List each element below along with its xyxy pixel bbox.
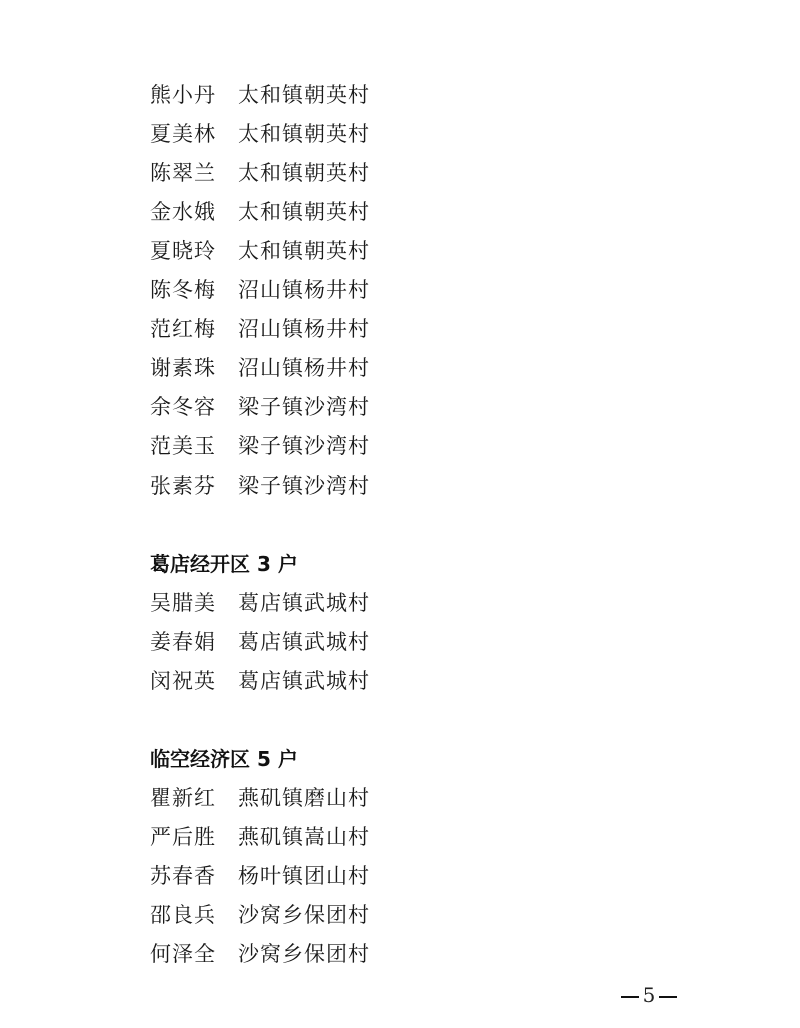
village-name: 燕矶镇嵩山村 xyxy=(238,822,370,852)
list-item: 金水娥太和镇朝英村 xyxy=(150,197,370,227)
list-item: 熊小丹太和镇朝英村 xyxy=(150,80,370,110)
list-item: 余冬容梁子镇沙湾村 xyxy=(150,392,370,422)
person-name: 熊小丹 xyxy=(150,80,238,110)
village-name: 梁子镇沙湾村 xyxy=(238,392,370,422)
village-name: 燕矶镇磨山村 xyxy=(238,783,370,813)
list-item: 范美玉梁子镇沙湾村 xyxy=(150,431,370,461)
village-name: 太和镇朝英村 xyxy=(238,236,370,266)
person-name: 谢素珠 xyxy=(150,353,238,383)
list-item: 夏晓玲太和镇朝英村 xyxy=(150,236,370,266)
person-name: 余冬容 xyxy=(150,392,238,422)
dash-right xyxy=(659,996,677,998)
person-name: 严后胜 xyxy=(150,822,238,852)
village-name: 沼山镇杨井村 xyxy=(238,275,370,305)
person-name: 姜春娟 xyxy=(150,627,238,657)
village-name: 梁子镇沙湾村 xyxy=(238,471,370,501)
person-name: 夏晓玲 xyxy=(150,236,238,266)
village-name: 梁子镇沙湾村 xyxy=(238,431,370,461)
person-name: 吴腊美 xyxy=(150,588,238,618)
person-name: 张素芬 xyxy=(150,471,238,501)
list-item: 邵良兵沙窝乡保团村 xyxy=(150,900,370,930)
person-name: 陈翠兰 xyxy=(150,158,238,188)
list-item: 何泽全沙窝乡保团村 xyxy=(150,939,370,969)
village-name: 葛店镇武城村 xyxy=(238,666,370,696)
village-name: 太和镇朝英村 xyxy=(238,197,370,227)
village-name: 杨叶镇团山村 xyxy=(238,861,370,891)
list-item: 陈翠兰太和镇朝英村 xyxy=(150,158,370,188)
village-name: 太和镇朝英村 xyxy=(238,80,370,110)
document-page: 熊小丹太和镇朝英村 夏美林太和镇朝英村 陈翠兰太和镇朝英村 金水娥太和镇朝英村 … xyxy=(0,0,800,1028)
person-name: 邵良兵 xyxy=(150,900,238,930)
list-item: 姜春娟葛店镇武城村 xyxy=(150,627,370,657)
list-item: 吴腊美葛店镇武城村 xyxy=(150,588,370,618)
page-number: 5 xyxy=(614,982,684,1008)
dash-left xyxy=(621,996,639,998)
village-name: 太和镇朝英村 xyxy=(238,119,370,149)
page-number-value: 5 xyxy=(643,983,656,1007)
person-name: 瞿新红 xyxy=(150,783,238,813)
list-item: 张素芬梁子镇沙湾村 xyxy=(150,471,370,501)
section-heading-linkong: 临空经济区 5 户 xyxy=(150,744,298,774)
person-name: 范红梅 xyxy=(150,314,238,344)
list-item: 闵祝英葛店镇武城村 xyxy=(150,666,370,696)
person-name: 金水娥 xyxy=(150,197,238,227)
list-item: 陈冬梅沼山镇杨井村 xyxy=(150,275,370,305)
person-name: 夏美林 xyxy=(150,119,238,149)
village-name: 葛店镇武城村 xyxy=(238,627,370,657)
person-name: 陈冬梅 xyxy=(150,275,238,305)
village-name: 沼山镇杨井村 xyxy=(238,353,370,383)
village-name: 沙窝乡保团村 xyxy=(238,939,370,969)
list-item: 严后胜燕矶镇嵩山村 xyxy=(150,822,370,852)
list-item: 苏春香杨叶镇团山村 xyxy=(150,861,370,891)
person-name: 苏春香 xyxy=(150,861,238,891)
village-name: 沙窝乡保团村 xyxy=(238,900,370,930)
list-item: 范红梅沼山镇杨井村 xyxy=(150,314,370,344)
person-name: 何泽全 xyxy=(150,939,238,969)
person-name: 闵祝英 xyxy=(150,666,238,696)
section-heading-gedian: 葛店经开区 3 户 xyxy=(150,549,298,579)
village-name: 葛店镇武城村 xyxy=(238,588,370,618)
person-name: 范美玉 xyxy=(150,431,238,461)
list-item: 谢素珠沼山镇杨井村 xyxy=(150,353,370,383)
village-name: 沼山镇杨井村 xyxy=(238,314,370,344)
list-item: 夏美林太和镇朝英村 xyxy=(150,119,370,149)
list-item: 瞿新红燕矶镇磨山村 xyxy=(150,783,370,813)
village-name: 太和镇朝英村 xyxy=(238,158,370,188)
